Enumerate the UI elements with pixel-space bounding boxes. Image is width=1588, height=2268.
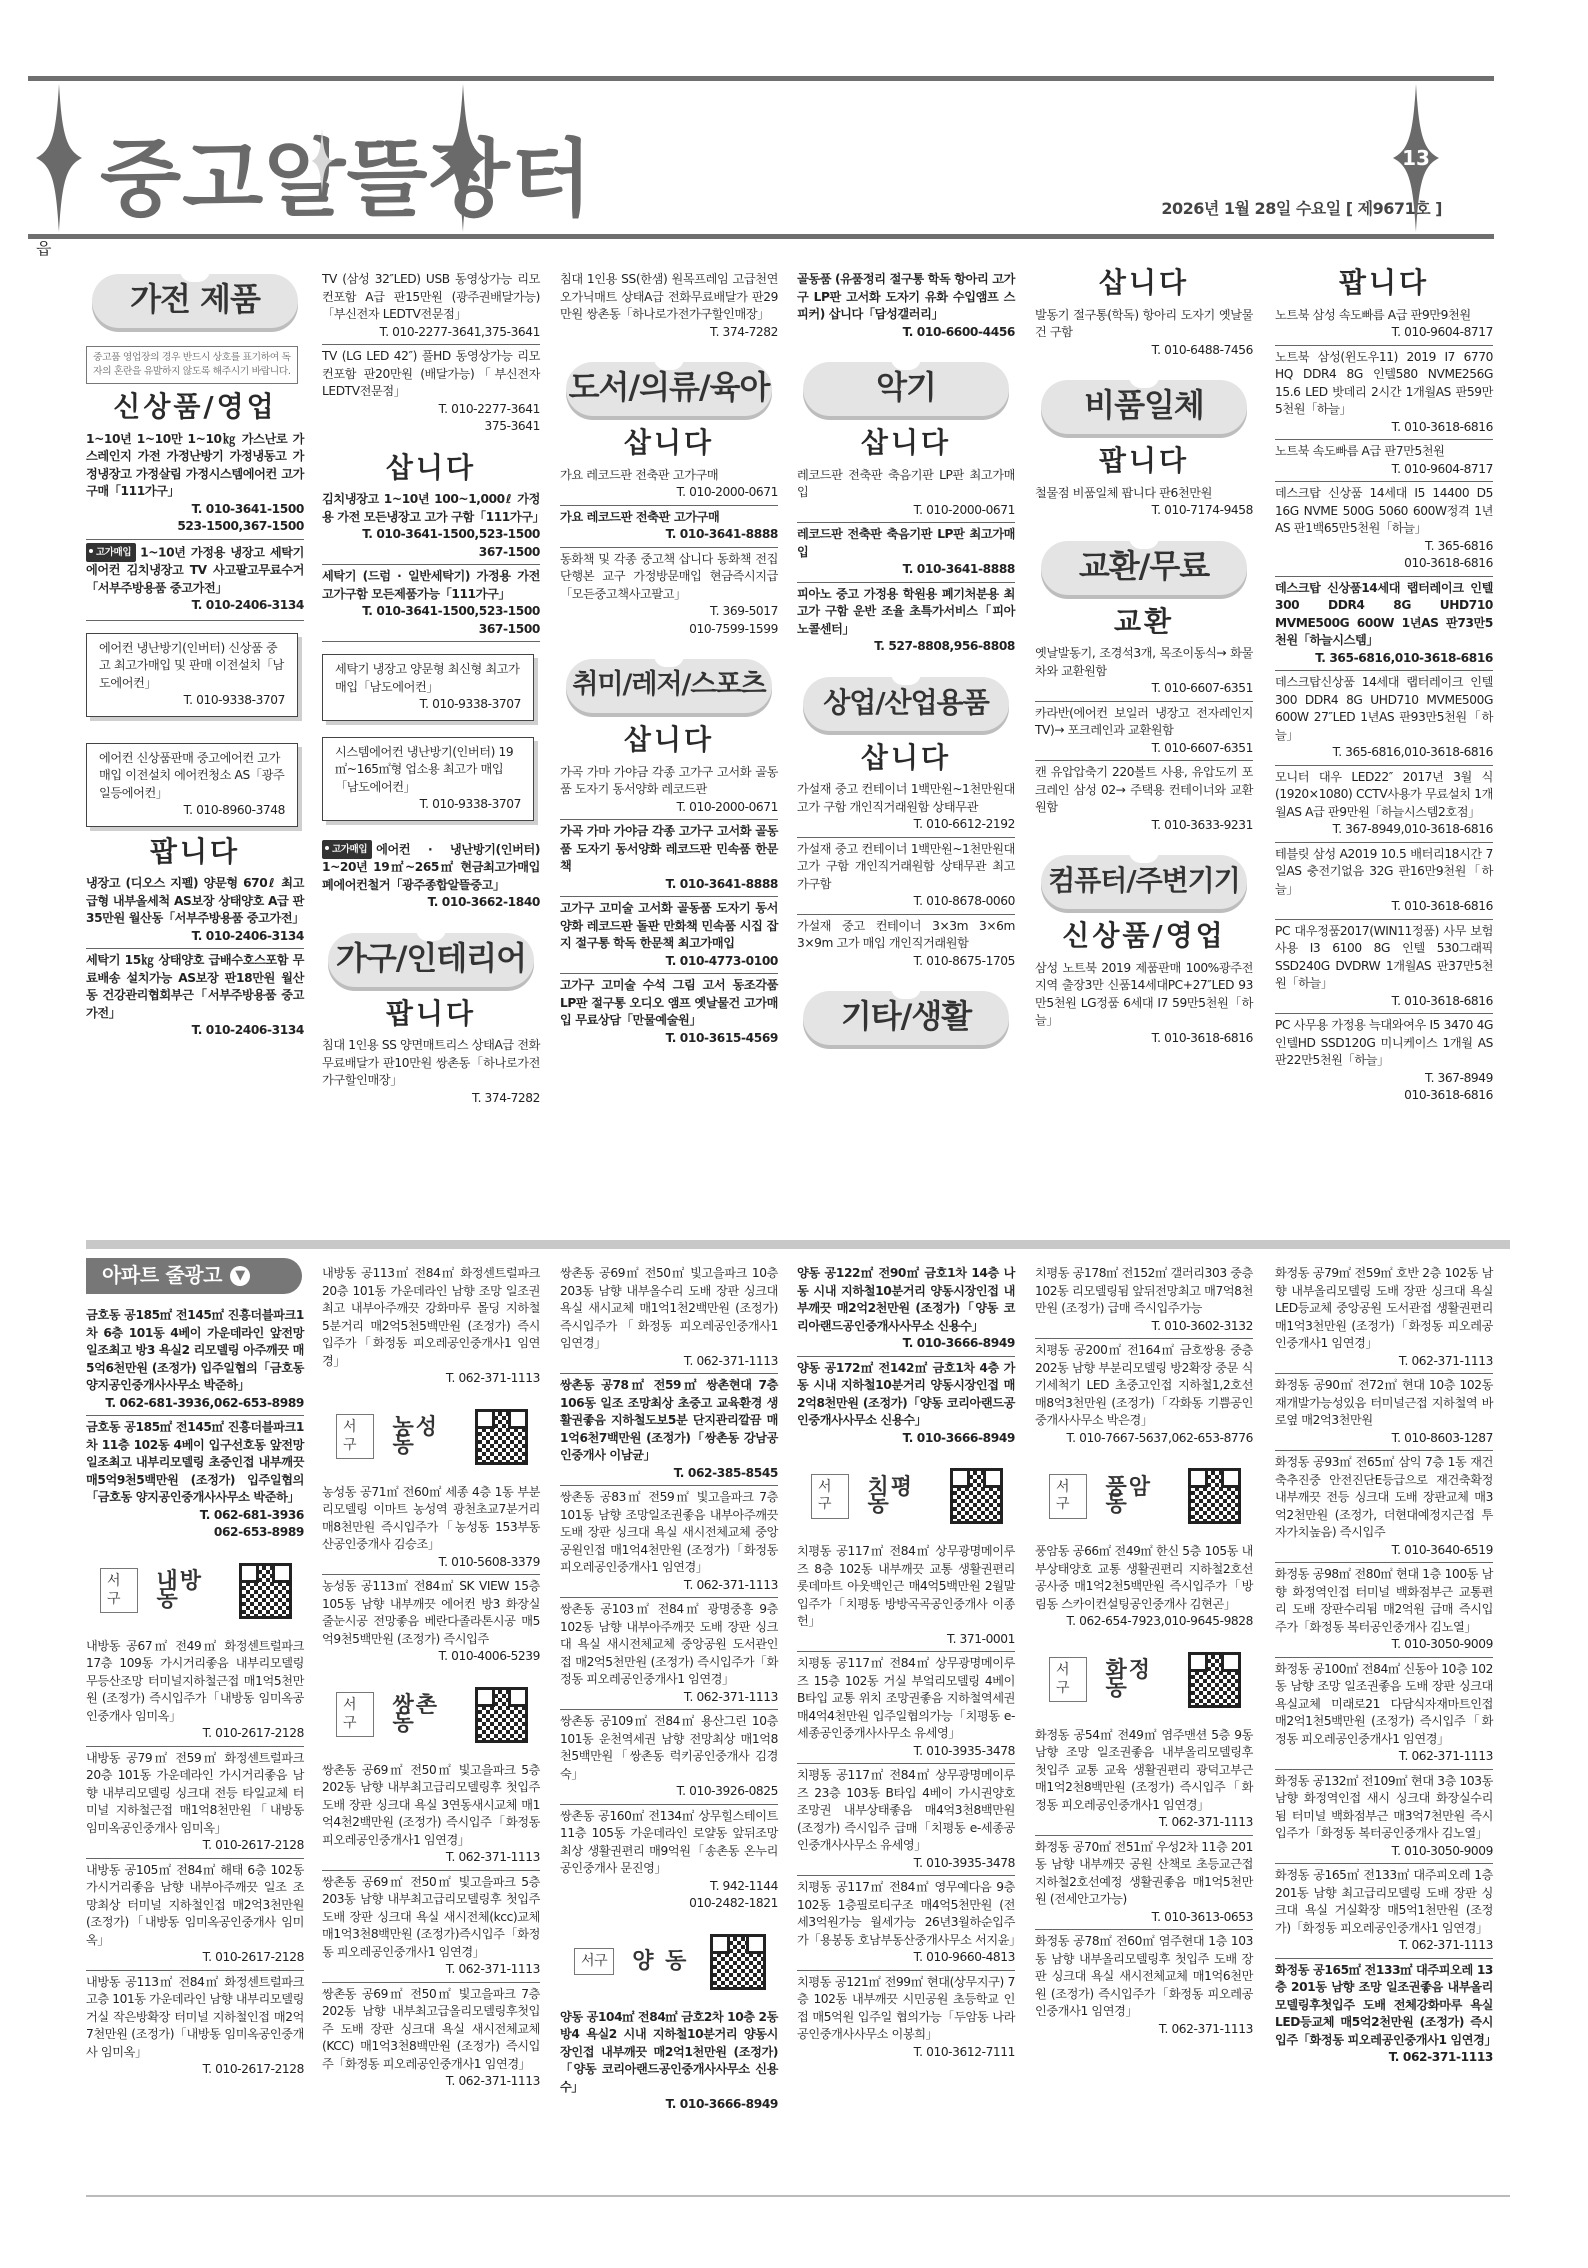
classified-ad: 침대 1인용 SS(한샘) 원목프레임 고급천연오가닉매트 상태A급 전화무료배… [560,268,778,344]
arrow-down-circle-icon: ▼ [230,1266,250,1286]
classified-ad: 쌍촌동 공103㎡ 전84㎡ 광명중흥 9층 102동 남향 내부아주깨끗 도배… [560,1598,778,1710]
qr-code-icon[interactable] [475,1409,528,1465]
page-number: 13 [1393,146,1439,170]
classified-ad: 모니터 대우 LED22″ 2017년 3월 식 (1920×1080) CCT… [1275,766,1493,843]
masthead-top-rule [28,76,1494,81]
classified-ad: 치평동 공200㎡ 전164㎡ 금호쌍용 중층 202동 남향 부분리모델링 방… [1035,1339,1253,1450]
column-4: 골동품 (유품정리 절구통 학독 항아리 고가구 LP판 고서화 도자기 유화 … [797,268,1015,1063]
classified-ad: 골동품 (유품정리 절구통 학독 항아리 고가구 LP판 고서화 도자기 유화 … [797,268,1015,344]
classified-ad: 노트북 속도빠름 A급 판7만5천원T. 010-9604-8717 [1275,440,1493,482]
classified-ad: 양동 공104㎡ 전84㎡ 금호2차 10층 2동 방4 욕실2 시내 지하철1… [560,2006,778,2117]
classified-ad: 캔 유압압축기 220볼트 사용, 유압도끼 포크레인 삼성 02→ 주택용 컨… [1035,761,1253,837]
page-number-star-icon [440,84,486,232]
notice-box: 중고품 영업장의 경우 반드시 상호를 표기하여 독자의 혼란을 유발하지 않도… [86,346,298,384]
subhead-buy: 삽니다 [1035,274,1253,292]
subhead-buy: 삽니다 [560,434,778,452]
premium-buy-tag: 고가매입 [322,840,372,860]
classified-ad: 양동 공172㎡ 전142㎡ 금호1차 4층 가동 시내 지하철10분거리 양동… [797,1357,1015,1451]
classified-ad: 내방동 공79㎡ 전59㎡ 화정센트럴파크 20층 101동 가운데라인 가시거… [86,1747,304,1859]
classified-ad: 테블릿 삼성 A2019 10.5 배터리18시간 7일AS 충전기없음 32G… [1275,843,1493,920]
section-banner-books: 도서/의류/육아 [560,356,778,420]
classified-ad: 가설재 중고 컨테이너 3×3m 3×6m 3×9m 고가 매입 개인직거래원함… [797,915,1015,974]
subhead-exchange: 교환 [1035,613,1253,631]
subhead-buy: 삽니다 [560,731,778,749]
classified-ad: 1~10년 1~10만 1~10㎏ 가스난로 가스레인지 가전 가정난방기 가정… [86,428,304,540]
classified-ad: 가곡 가마 가야금 각종 고가구 고서화 골동품 도자기 동서양화 레코드판 T… [560,761,778,821]
qr-code-icon[interactable] [950,1468,1003,1524]
district-header-pungam: 서구 풍암동 [1035,1468,1253,1524]
classified-ad: 화정동 공132㎡ 전109㎡ 현대 3층 103동 남향 화정역인접 새시 싱… [1275,1770,1493,1865]
classified-ad: 치평동 공178㎡ 전152㎡ 갤러리303 중층 102동 리모델링됨 앞뒤전… [1035,1262,1253,1339]
district-header-naebang: 서구 내방동 [86,1563,304,1619]
classified-ad: 쌍촌동 공78㎡ 전59㎡ 쌍촌현대 7층 106동 일조 조망최상 초중고 교… [560,1374,778,1486]
classified-ad: 풍암동 공66㎡ 전49㎡ 한신 5층 105동 내부상태양호 교통 생활권편리… [1035,1540,1253,1634]
section-banner-computer: 컴퓨터/주변기기 [1035,849,1253,913]
boxed-ad: 세탁기 냉장고 양문형 최신형 최고가 매입「남도에어컨」 T. 010-933… [322,654,534,721]
classified-ad: 가설재 중고 컨테이너 1백만원~1천만원대 고가 구함 개인직거래원함 상태무… [797,778,1015,838]
section-divider [86,1240,1510,1249]
classified-ad: 세탁기 15㎏ 상태양호 급배수호스포함 무료배송 설치가능 AS보장 판18만… [86,949,304,1043]
classified-ad: 삼성 노트북 2019 제품판매 100%광주전지역 출장3만 신품14세대PC… [1035,957,1253,1051]
section-banner-hobby: 취미/레저/스포츠 [560,653,778,717]
classified-ad: 내방동 공113㎡ 전84㎡ 화정센트럴파크 20층 101동 가운데라인 남향… [322,1262,540,1391]
classified-ad: 가요 레코드판 전축판 고가구매 T. 010-3641-8888 [560,506,778,548]
classified-ad: 내방동 공105㎡ 전84㎡ 해태 6층 102동 가시거리좋음 남향 내부아주… [86,1859,304,1971]
column-6: 팝니다 노트북 삼성 속도빠름 A급 판9만9천원T. 010-9604-871… [1275,268,1493,1108]
classified-ad: 고가매입에어컨 · 냉난방기(인버터) 1~20년 19㎡~265㎡ 현금최고가… [322,837,540,915]
classified-ad: 화정동 공93㎡ 전65㎡ 삼익 7층 1동 재건축추진중 안전진단E등급으로 … [1275,1451,1493,1563]
classified-ad: 가곡 가마 가야금 각종 고가구 고서화 골동품 도자기 동서양화 레코드판 민… [560,820,778,897]
classified-ad: 화정동 공98㎡ 전80㎡ 현대 1층 100동 남향 화정역인접 터미널 백화… [1275,1563,1493,1658]
premium-buy-tag: 고가매입 [86,543,136,563]
qr-code-icon[interactable] [1188,1652,1241,1708]
classified-ad: 데스크탑 신상품14세대 랩터레이크 인텔 300 DDR4 8G UHD710… [1275,577,1493,672]
classified-ad: 가요 레코드판 전축판 고가구매 T. 010-2000-0671 [560,464,778,506]
district-header-hwajeong: 서구 화정동 [1035,1652,1253,1708]
classified-ad: 농성동 공113㎡ 전84㎡ SK VIEW 15층 105동 남향 내부깨끗 … [322,1575,540,1669]
column-2: TV (삼성 32″LED) USB 동영상가능 리모컨포함 A급 판15만원 … [322,268,540,1110]
subhead-sell: 팝니다 [86,843,304,861]
boxed-ad: 에어컨 냉난방기(인버터) 신상품 중고 최고가매입 및 판매 이전설치「남도에… [86,633,298,717]
classified-ad: 고가구 고미술 고서화 골동품 도자기 동서양화 레코드판 돌판 만화책 민속품… [560,897,778,974]
district-header-ssangchon: 서구 쌍촌동 [322,1687,540,1743]
classified-ad: 고가구 고미술 수석 그림 고서 동조각품 LP판 절구통 오디오 앰프 옛날물… [560,974,778,1050]
classified-ad: 철물점 비품일체 팝니다 판6천만원 T. 010-7174-9458 [1035,482,1253,523]
boxed-ad: 시스템에어컨 냉난방기(인버터) 19㎡~165㎡형 업소용 최고가 매입「남도… [322,737,534,821]
classified-ad: 카라반(에어컨 보일러 냉장고 전자레인지 TV)→ 포크레인과 교환원함 T.… [1035,702,1253,762]
subhead-new-sales: 신상품/영업 [1035,927,1253,945]
classified-ad: 양동 공122㎡ 전90㎡ 금호1차 14층 나동 시내 지하철10분거리 양동… [797,1262,1015,1357]
classified-ad: 쌍촌동 공69㎡ 전50㎡ 빛고을파크 7층 202동 남향 내부최고급올리모델… [322,1983,540,2094]
classified-ad: 냉장고 (디오스 지펠) 양문형 670ℓ 최고급형 내부올세척 AS보장 상태… [86,872,304,949]
classified-ad: 금호동 공185㎡ 전145㎡ 진흥더블파크1차 11층 102동 4베이 입구… [86,1416,304,1545]
classified-ad: 화정동 공100㎡ 전84㎡ 신동아 10층 102동 남향 조망 일조권좋음 … [1275,1658,1493,1770]
apartment-ads-badge: 아파트 줄광고 ▼ [86,1258,302,1294]
apartment-column-4: 양동 공122㎡ 전90㎡ 금호1차 14층 나동 시내 지하철10분거리 양동… [797,1262,1015,2064]
classified-ad: 화정동 공70㎡ 전51㎡ 우성2차 11층 201동 남향 내부깨끗 공원 산… [1035,1836,1253,1931]
classified-ad: 쌍촌동 공69㎡ 전50㎡ 빛고을파크 5층 202동 남향 내부최고급리모델링… [322,1759,540,1871]
boxed-ad: 에어컨 신상품판매 중고에어컨 고가매입 이전설치 에어컨청소 AS「광주일등에… [86,743,298,827]
classified-ad: 화정동 공54㎡ 전49㎡ 염주맨션 5층 9동 남향 조망 일조권좋음 내부올… [1035,1724,1253,1836]
classified-ad: 치평동 공117㎡ 전84㎡ 영무예다음 9층 102동 1층필로티구조 매4억… [797,1876,1015,1971]
classified-ad: 치평동 공117㎡ 전84㎡ 상무광명메이루즈 15층 102동 거실 부엌리모… [797,1652,1015,1764]
column-5: 삽니다 발동기 절구통(학독) 항아리 도자기 옛날물건 구함 T. 010-6… [1035,268,1253,1050]
subhead-buy: 삽니다 [797,749,1015,767]
classified-ad: 금호동 공185㎡ 전145㎡ 진흥더블파크1차 6층 101동 4베이 가운데… [86,1304,304,1416]
seal-glyph: 읍 [36,236,82,259]
classified-ad: 발동기 절구통(학독) 항아리 도자기 옛날물건 구함 T. 010-6488-… [1035,304,1253,363]
classified-ad: 침대 1인용 SS 양면매트리스 상태A급 전화무료배달가 판10만원 쌍촌동「… [322,1034,540,1110]
classified-ad: TV (삼성 32″LED) USB 동영상가능 리모컨포함 A급 판15만원 … [322,268,540,345]
apartment-column-6: 화정동 공79㎡ 전59㎡ 호반 2층 102동 남향 내부올리모델링 도배 장… [1275,1262,1493,2070]
page-number-badge: 13 [1393,84,1439,232]
section-banner-industrial: 상업/산업용품 [797,671,1015,735]
classified-ad: 화정동 공78㎡ 전60㎡ 염주현대 1층 103동 남향 내부올리모델링후 첫… [1035,1930,1253,2041]
qr-code-icon[interactable] [1188,1468,1241,1524]
classified-ad: 내방동 공67㎡ 전49㎡ 화정센트럴파크 17층 109동 가시거리좋음 내부… [86,1635,304,1747]
district-header-yang: 서구 양 동 [560,1934,778,1990]
district-header-nongseong: 서구 농성동 [322,1409,540,1465]
classified-ad: 데스크탑신상품 14세대 랩터레이크 인텔 300 DDR4 8G UHD710… [1275,671,1493,766]
district-header-chipyeong: 서구 치평동 [797,1468,1015,1524]
subhead-buy: 삽니다 [322,459,540,477]
qr-code-icon[interactable] [239,1563,292,1619]
classified-ad: 쌍촌동 공69㎡ 전50㎡ 빛고을파크 5층 203동 남향 내부최고급리모델링… [322,1871,540,1983]
classified-ad: 가설재 중고 컨테이너 1백만원~1천만원대 고가 구함 개인직거래원함 상태무… [797,838,1015,915]
classified-ad: 레코드판 전축판 축음기판 LP판 최고가매입 T. 010-3641-8888 [797,523,1015,583]
apartment-column-3: 쌍촌동 공69㎡ 전50㎡ 빛고을파크 10층 203동 남향 내부올수리 도배… [560,1262,778,2117]
classified-ad: 김치냉장고 1~10년 100~1,000ℓ 가정용 가전 모든냉장고 고가 구… [322,488,540,565]
page-title: 중고알뜰장터 [100,112,593,233]
sparkle-icon [310,128,334,194]
classified-ad: PC 대우정품2017(WIN11정품) 사무 보험사용 I3 6100 8G … [1275,920,1493,1015]
section-banner-misc: 기타/생활 [797,985,1015,1049]
subhead-new-sales: 신상품/영업 [86,398,304,416]
section-banner-exchange: 교환/무료 [1035,535,1253,599]
bottom-rule [86,2195,1510,2197]
classified-ad: 노트북 삼성 속도빠름 A급 판9만9천원T. 010-9604-8717 [1275,304,1493,346]
classified-ad: PC 사무용 가정용 늑대와여우 I5 3470 4G 인텔HD SSD120G… [1275,1014,1493,1108]
apartment-column-5: 치평동 공178㎡ 전152㎡ 갤러리303 중층 102동 리모델링됨 앞뒤전… [1035,1262,1253,2041]
qr-code-icon[interactable] [710,1934,766,1990]
apartment-column-2: 내방동 공113㎡ 전84㎡ 화정센트럴파크 20층 101동 가운데라인 남향… [322,1262,540,2094]
section-banner-appliances: 가전 제품 [86,268,304,332]
classified-ad: 옛날발동기, 조경석3개, 목조이동식→ 화물차와 교환원함 T. 010-66… [1035,642,1253,702]
seal-star-icon: 읍 [36,84,82,232]
classified-ad: 화정동 공165㎡ 전133㎡ 대주피오레 1층 201동 남향 최고급리모델링… [1275,1864,1493,1959]
classified-ad: 치평동 공121㎡ 전99㎡ 현대(상무지구) 7층 102동 내부깨끗 시민공… [797,1971,1015,2065]
classified-ad: 치평동 공117㎡ 전84㎡ 상무광명메이루즈 23층 103동 B타입 4베이… [797,1764,1015,1876]
classified-ad: 쌍촌동 공109㎡ 전84㎡ 용산그린 10층 101동 운천역세권 남향 전망… [560,1710,778,1805]
column-3: 침대 1인용 SS(한샘) 원목프레임 고급천연오가닉매트 상태A급 전화무료배… [560,268,778,1050]
classified-ad: 화정동 공165㎡ 전133㎡ 대주피오레 13층 201동 남향 조망 일조권… [1275,1959,1493,2070]
section-banner-scrap: 비품일체 [1035,374,1253,438]
classified-ad: TV (LG LED 42″) 풀HD 동영상가능 리모컨포함 판20만원 (배… [322,345,540,439]
classified-ad: 노트북 삼성(윈도우11) 2019 I7 6770 HQ DDR4 8G 인텔… [1275,346,1493,441]
classified-ad: 동화책 및 각종 중고책 삽니다 동화책 전집 단행본 교구 가정방문매입 현금… [560,548,778,642]
classified-ad: 피아노 중고 가정용 학원용 폐기처분용 최고가 구함 운반 조율 초특가서비스… [797,583,1015,659]
classified-ad: 내방동 공113㎡ 전84㎡ 화정센트럴파크 고층 101동 가운데라인 남향 … [86,1971,304,2082]
apartment-column-1: 아파트 줄광고 ▼ 금호동 공185㎡ 전145㎡ 진흥더블파크1차 6층 10… [86,1258,304,2082]
classified-ad: 데스크탑 신상품 14세대 I5 14400 D5 16G NVME 500G … [1275,482,1493,577]
subhead-sell: 팝니다 [1035,452,1253,470]
classified-ad: 고가매입1~10년 가정용 냉장고 세탁기 에어컨 김치냉장고 TV 사고팔고무… [86,540,304,618]
masthead-bottom-rule [28,234,1494,239]
section-banner-furniture: 가구/인테리어 [322,927,540,991]
subhead-sell: 팝니다 [322,1005,540,1023]
section-banner-music: 악기 [797,356,1015,420]
classified-ad: 쌍촌동 공83㎡ 전59㎡ 빛고을파크 7층 101동 남향 조망일조권좋음 내… [560,1486,778,1598]
classified-ad: 쌍촌동 공160㎡ 전134㎡ 상무힐스테이트 11층 105동 가운데라인 로… [560,1805,778,1916]
classified-ad: 세탁기 (드럼 · 일반세탁기) 가정용 가전 고가구함 모든제품가능「111가… [322,565,540,642]
classified-ad: 레코드판 전축판 축음기판 LP판 최고가매입 T. 010-2000-0671 [797,464,1015,524]
column-appliances: 가전 제품 중고품 영업장의 경우 반드시 상호를 표기하여 독자의 혼란을 유… [86,268,304,1043]
classified-ad: 화정동 공79㎡ 전59㎡ 호반 2층 102동 남향 내부올리모델링 도배 장… [1275,1262,1493,1374]
subhead-sell: 팝니다 [1275,274,1493,292]
classified-ad: 농성동 공71㎡ 전60㎡ 세종 4층 1동 부분리모델링 이마트 농성역 광천… [322,1481,540,1576]
classified-ad: 쌍촌동 공69㎡ 전50㎡ 빛고을파크 10층 203동 남향 내부올수리 도배… [560,1262,778,1374]
classified-ad: 화정동 공90㎡ 전72㎡ 현대 10층 102동 재개발가능성있음 터미널근접… [1275,1374,1493,1451]
subhead-buy: 삽니다 [797,434,1015,452]
qr-code-icon[interactable] [475,1687,528,1743]
classified-ad: 치평동 공117㎡ 전84㎡ 상무광명메이루즈 8층 102동 내부깨끗 교통 … [797,1540,1015,1652]
